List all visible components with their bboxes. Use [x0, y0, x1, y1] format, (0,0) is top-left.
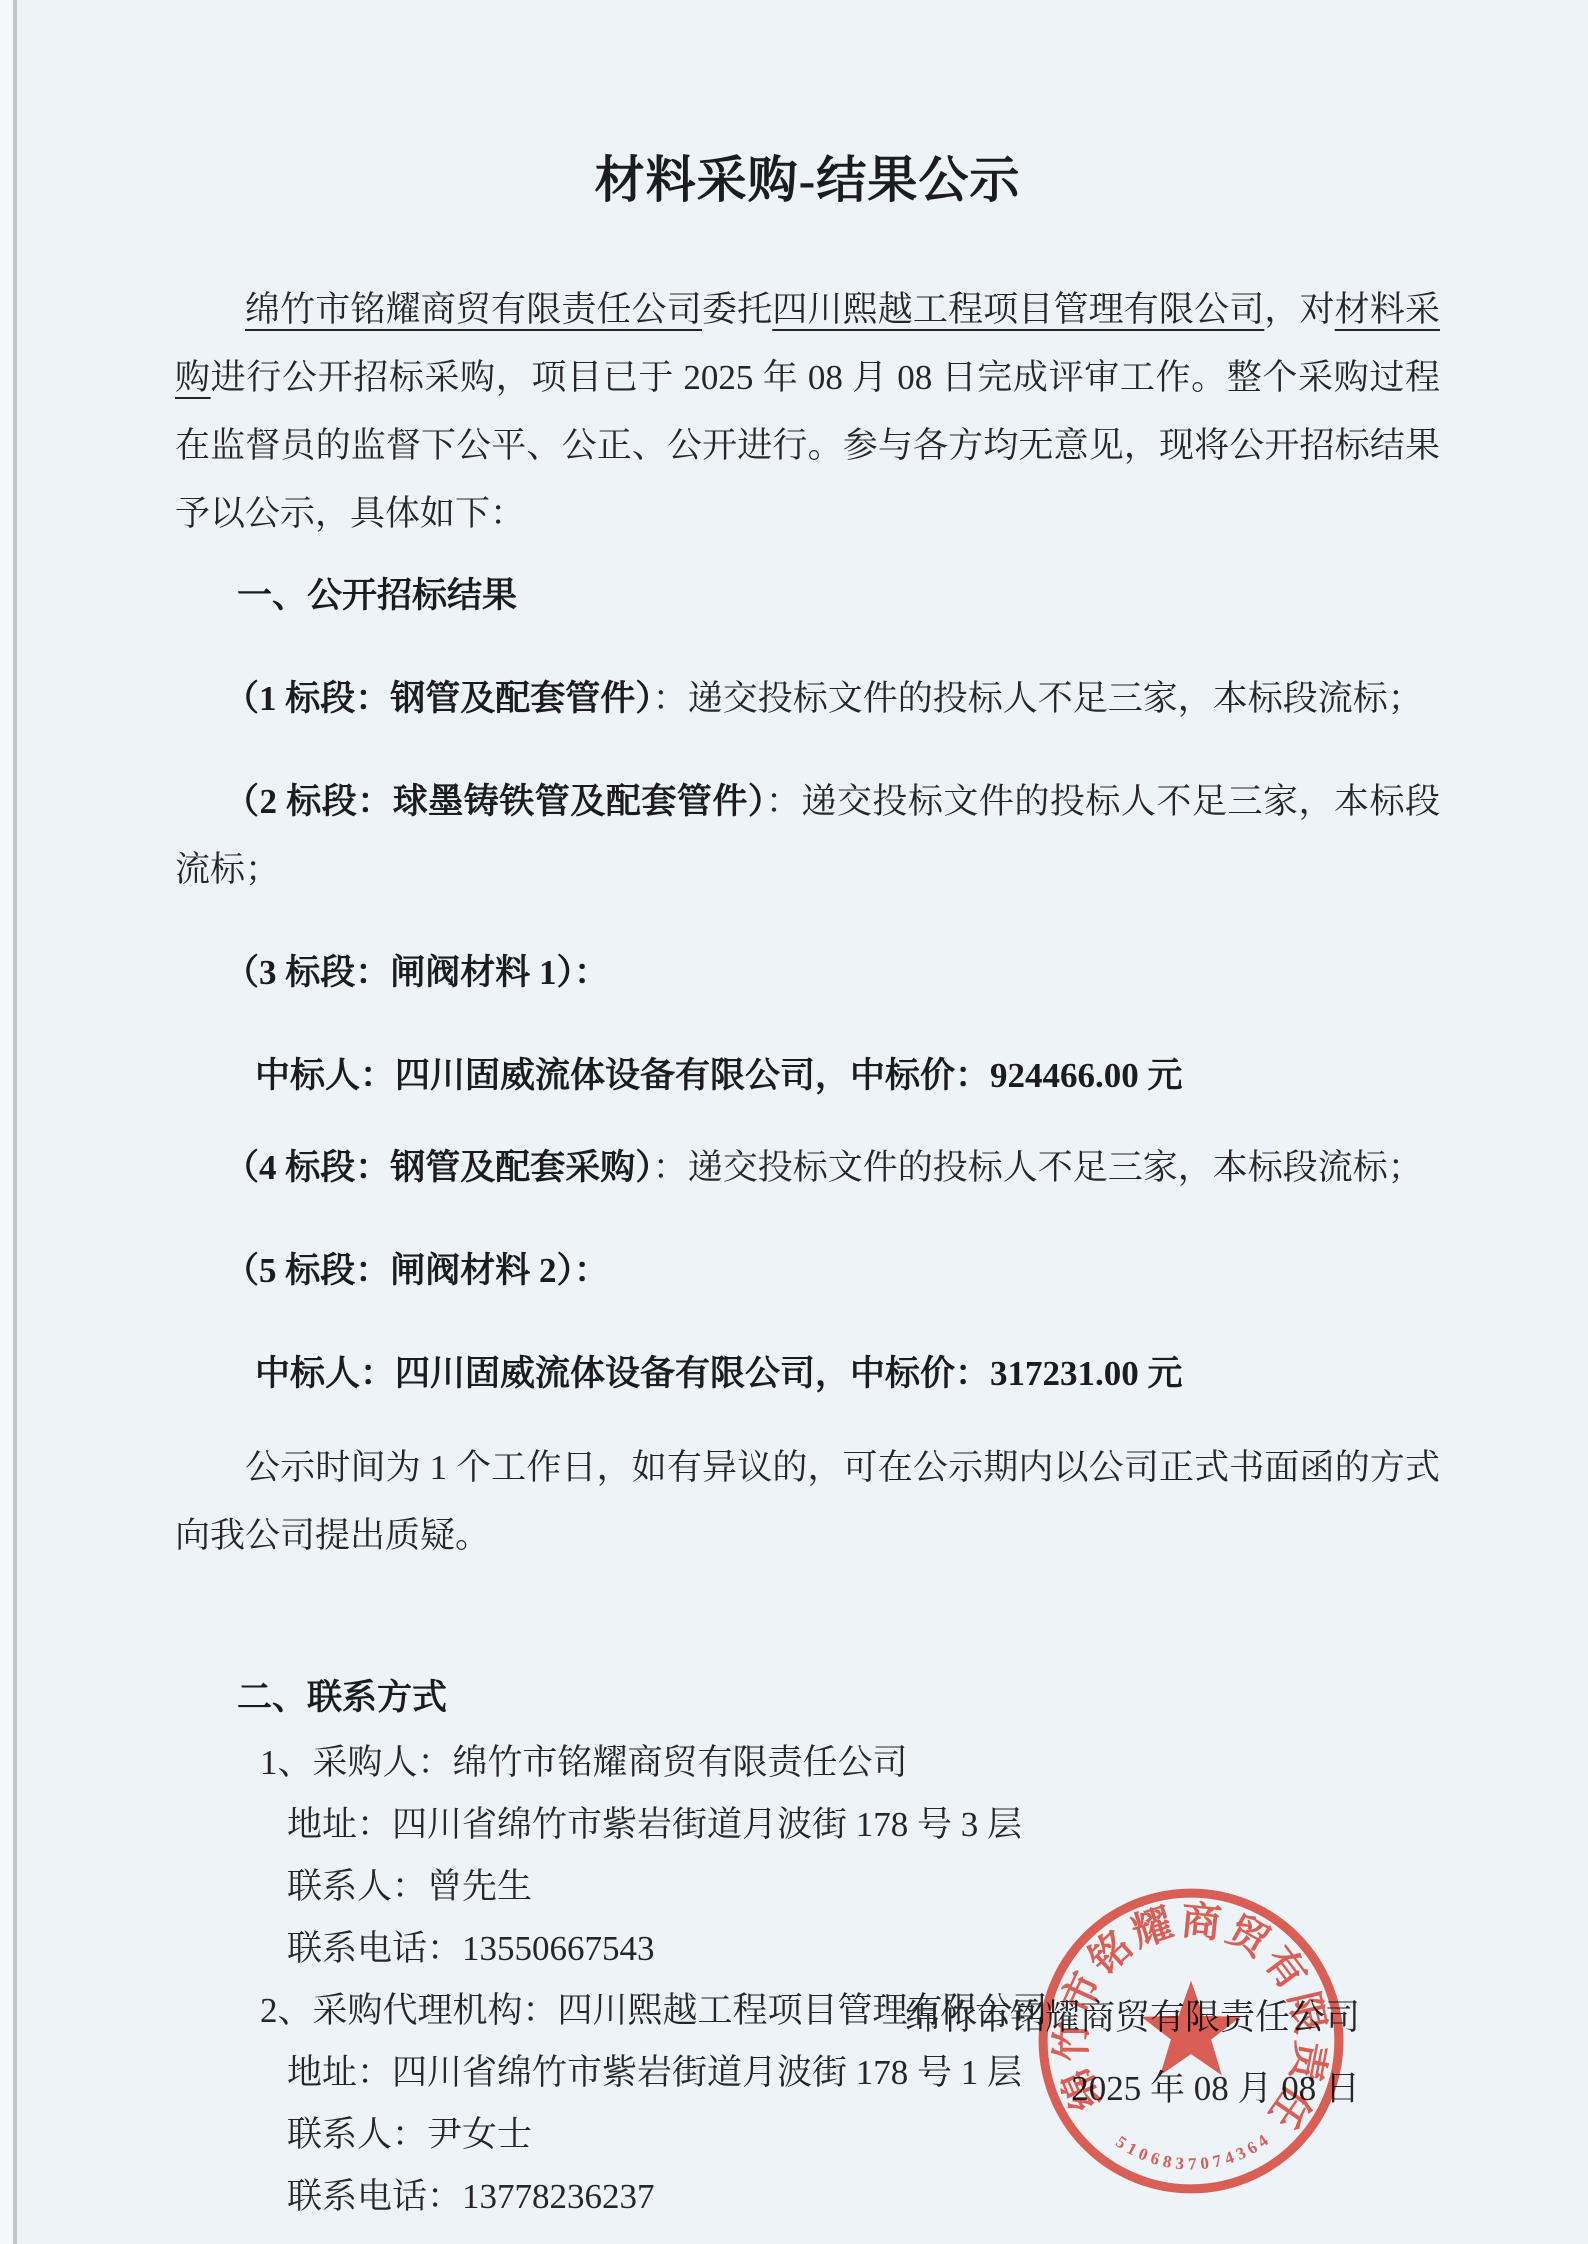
contact-purchaser-address: 地址：四川省绵竹市紫岩街道月波街 178 号 3 层 — [175, 1794, 1440, 1856]
intro-connector: ，对 — [1264, 290, 1334, 329]
lot-5-label: （5 标段：闸阀材料 2）： — [224, 1251, 609, 1290]
lot-1-label: （1 标段：钢管及配套管件） — [224, 679, 653, 718]
seal-serial-number: 5106837074364 — [1112, 2128, 1275, 2173]
lot-item-4: （4 标段：钢管及配套采购）：递交投标文件的投标人不足三家，本标段流标； — [175, 1134, 1440, 1202]
seal-ring-text: 绵竹市铭耀商贸有限责任公司 — [1020, 1870, 1334, 2139]
lot-item-1: （1 标段：钢管及配套管件）：递交投标文件的投标人不足三家，本标段流标； — [175, 665, 1440, 733]
agency-name: 四川熙越工程项目管理有限公司 — [772, 290, 1264, 329]
svg-text:绵竹市铭耀商贸有限责任公司: 绵竹市铭耀商贸有限责任公司 — [1020, 1870, 1334, 2139]
lot-4-result: ：递交投标文件的投标人不足三家，本标段流标； — [653, 1148, 1423, 1187]
objection-paragraph: 公示时间为 1 个工作日，如有异议的，可在公示期内以公司正式书面函的方式向我公司… — [175, 1434, 1440, 1570]
lot-3-label: （3 标段：闸阀材料 1）： — [224, 953, 609, 992]
intro-rest: 进行公开招标采购，项目已于 2025 年 08 月 08 日完成评审工作。整个采… — [175, 358, 1440, 533]
scan-edge-line — [13, 0, 17, 2244]
intro-paragraph: 绵竹市铭耀商贸有限责任公司委托四川熙越工程项目管理有限公司，对材料采购进行公开招… — [175, 276, 1440, 548]
lot-4-label: （4 标段：钢管及配套采购） — [224, 1148, 653, 1187]
award-line-lot5: 中标人：四川固威流体设备有限公司，中标价：317231.00 元 — [175, 1340, 1440, 1408]
lot-item-2: （2 标段：球墨铸铁管及配套管件）：递交投标文件的投标人不足三家，本标段流标； — [175, 768, 1440, 904]
svg-text:5106837074364: 5106837074364 — [1112, 2128, 1275, 2173]
lot-item-3: （3 标段：闸阀材料 1）： — [175, 939, 1440, 1007]
award-line-lot3: 中标人：四川固威流体设备有限公司，中标价：924466.00 元 — [175, 1042, 1440, 1110]
purchaser-name: 绵竹市铭耀商贸有限责任公司 — [245, 290, 702, 329]
lot-2-label: （2 标段：球墨铸铁管及配套管件） — [224, 782, 766, 821]
page-title: 材料采购-结果公示 — [175, 150, 1440, 210]
lot-1-result: ：递交投标文件的投标人不足三家，本标段流标； — [653, 679, 1423, 718]
lot-item-5: （5 标段：闸阀材料 2）： — [175, 1237, 1440, 1305]
contact-purchaser: 1、采购人：绵竹市铭耀商贸有限责任公司 — [175, 1732, 1440, 1794]
scan-edge-strip — [0, 0, 13, 2244]
company-seal: 绵竹市铭耀商贸有限责任公司 5106837074364 — [1020, 1870, 1362, 2212]
entrust-text: 委托 — [702, 290, 772, 329]
seal-star-icon — [1141, 1981, 1241, 2076]
scanned-document-page: 材料采购-结果公示 绵竹市铭耀商贸有限责任公司委托四川熙越工程项目管理有限公司，… — [0, 0, 1588, 2244]
section1-heading: 一、公开招标结果 — [175, 562, 1440, 630]
section2-heading: 二、联系方式 — [175, 1664, 1440, 1732]
